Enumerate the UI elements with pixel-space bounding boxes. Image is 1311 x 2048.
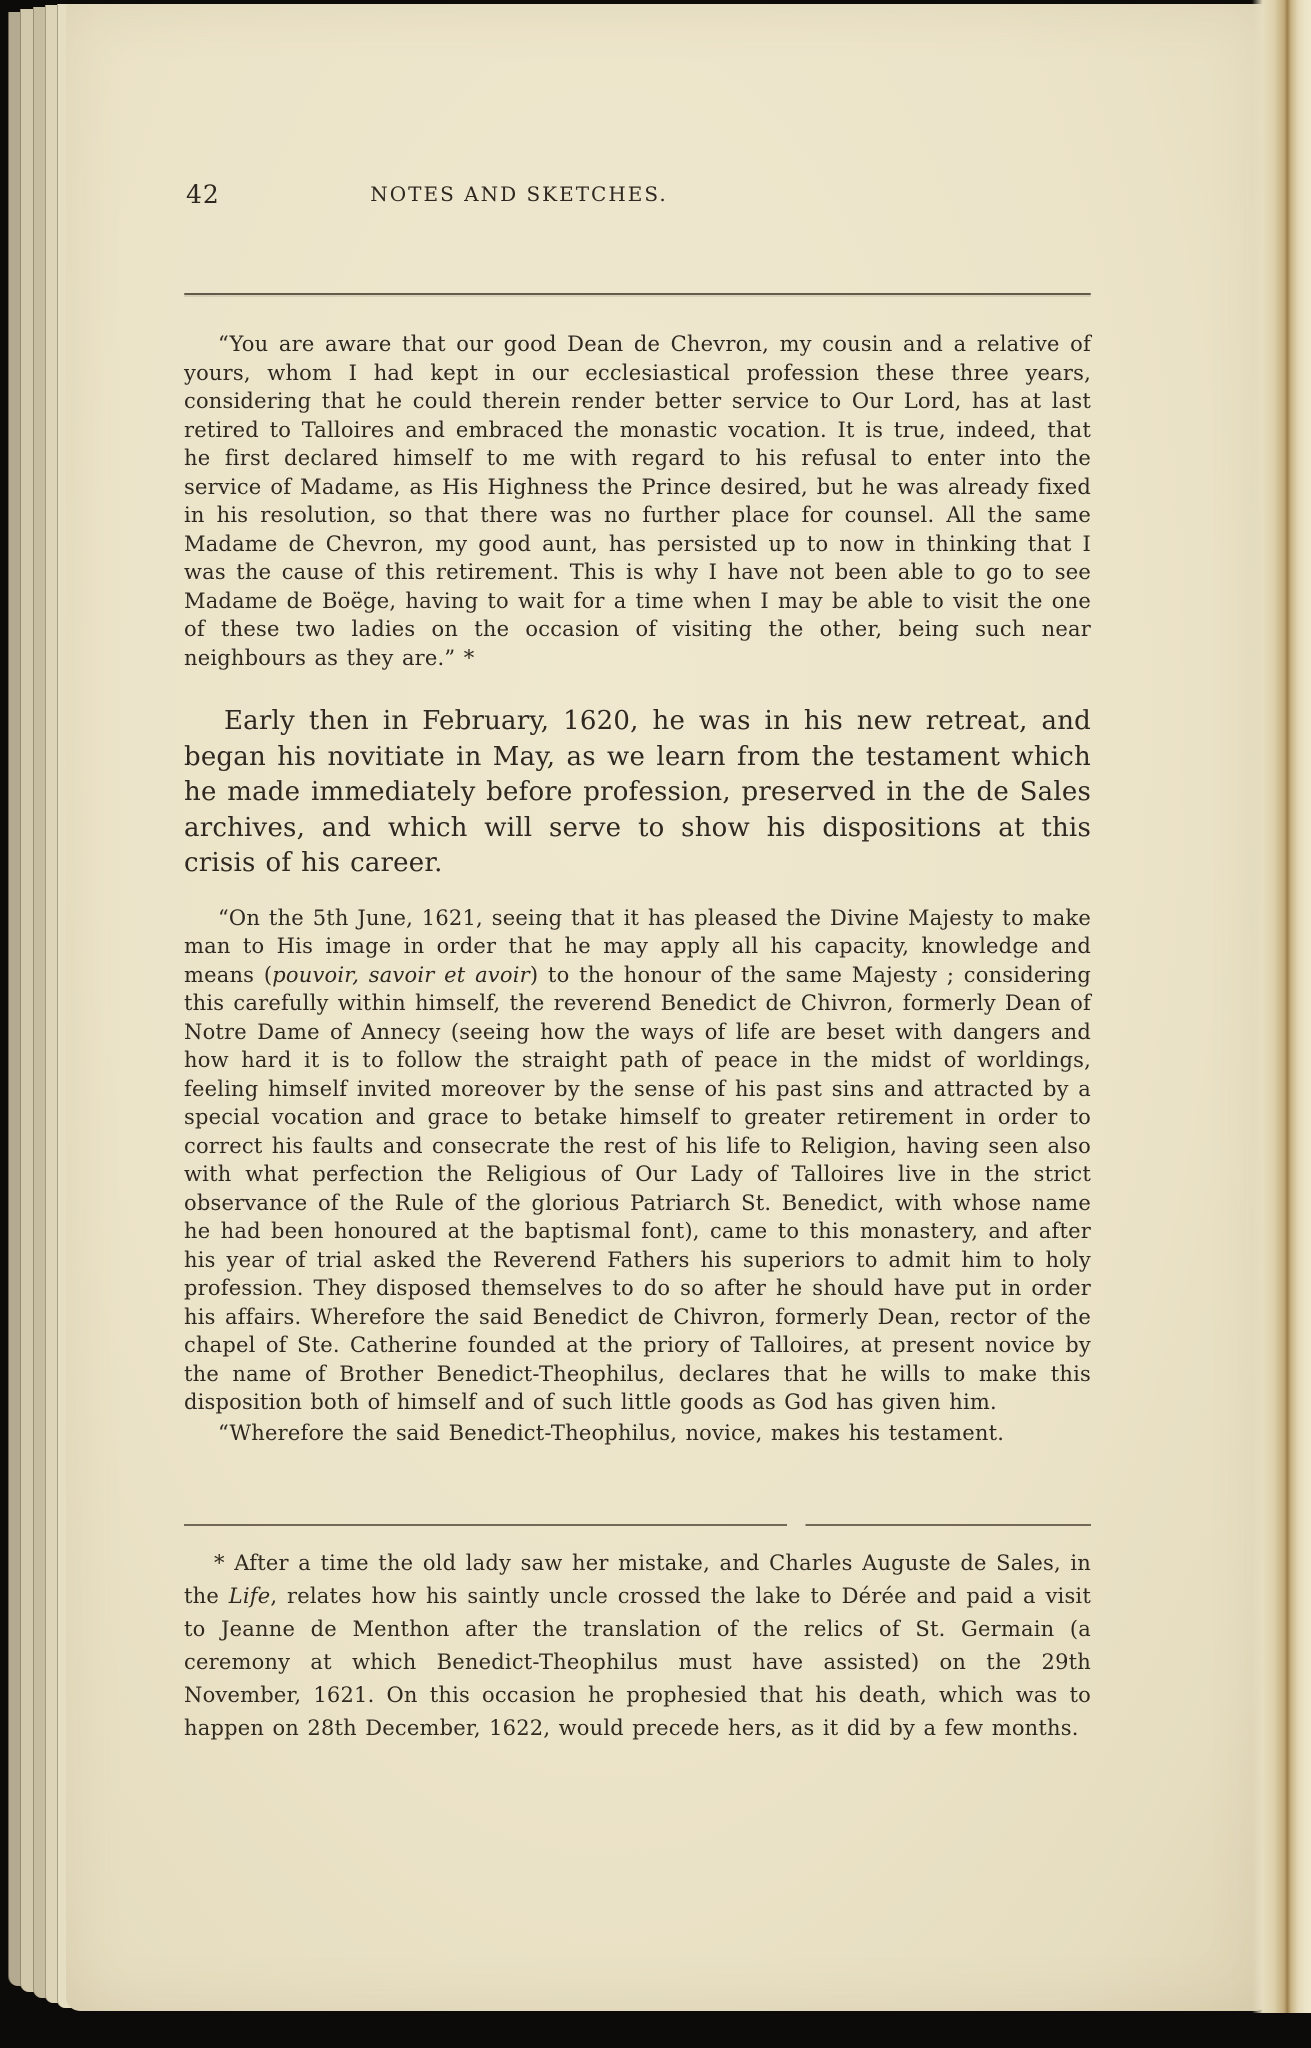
page-number: 42 (186, 180, 220, 209)
paragraph: Early then in February, 1620, he was in … (184, 704, 1091, 882)
page-body: “You are aware that our good Dean de Che… (184, 330, 1091, 1447)
text-run: Early then in February, 1620, he was in … (184, 706, 1091, 878)
page-right-edge-curl (1252, 0, 1311, 2013)
book-scan: 42 NOTES AND SKETCHES. “You are aware th… (0, 0, 1311, 2048)
footnote-rule (184, 1524, 1091, 1526)
text-run: “Wherefore the said Benedict-Theophilus,… (218, 1421, 1004, 1445)
running-title: NOTES AND SKETCHES. (370, 182, 668, 206)
italic-text: Life (229, 1584, 271, 1608)
text-run: ) to the honour of the same Majesty ; co… (184, 963, 1091, 1415)
header-rule (184, 293, 1091, 295)
paragraph: “On the 5th June, 1621, seeing that it h… (184, 904, 1091, 1417)
paragraph: “You are aware that our good Dean de Che… (184, 330, 1091, 672)
text-run: “You are aware that our good Dean de Che… (184, 332, 1091, 670)
paragraph: “Wherefore the said Benedict-Theophilus,… (184, 1419, 1091, 1448)
footnote-text: * After a time the old lady saw her mist… (184, 1547, 1091, 1745)
page-header: 42 NOTES AND SKETCHES. (184, 178, 1091, 218)
footnote: * After a time the old lady saw her mist… (184, 1524, 1091, 1745)
italic-text: pouvoir, savoir et avoir (272, 963, 530, 987)
text-run: , relates how his saintly uncle crossed … (184, 1584, 1091, 1740)
